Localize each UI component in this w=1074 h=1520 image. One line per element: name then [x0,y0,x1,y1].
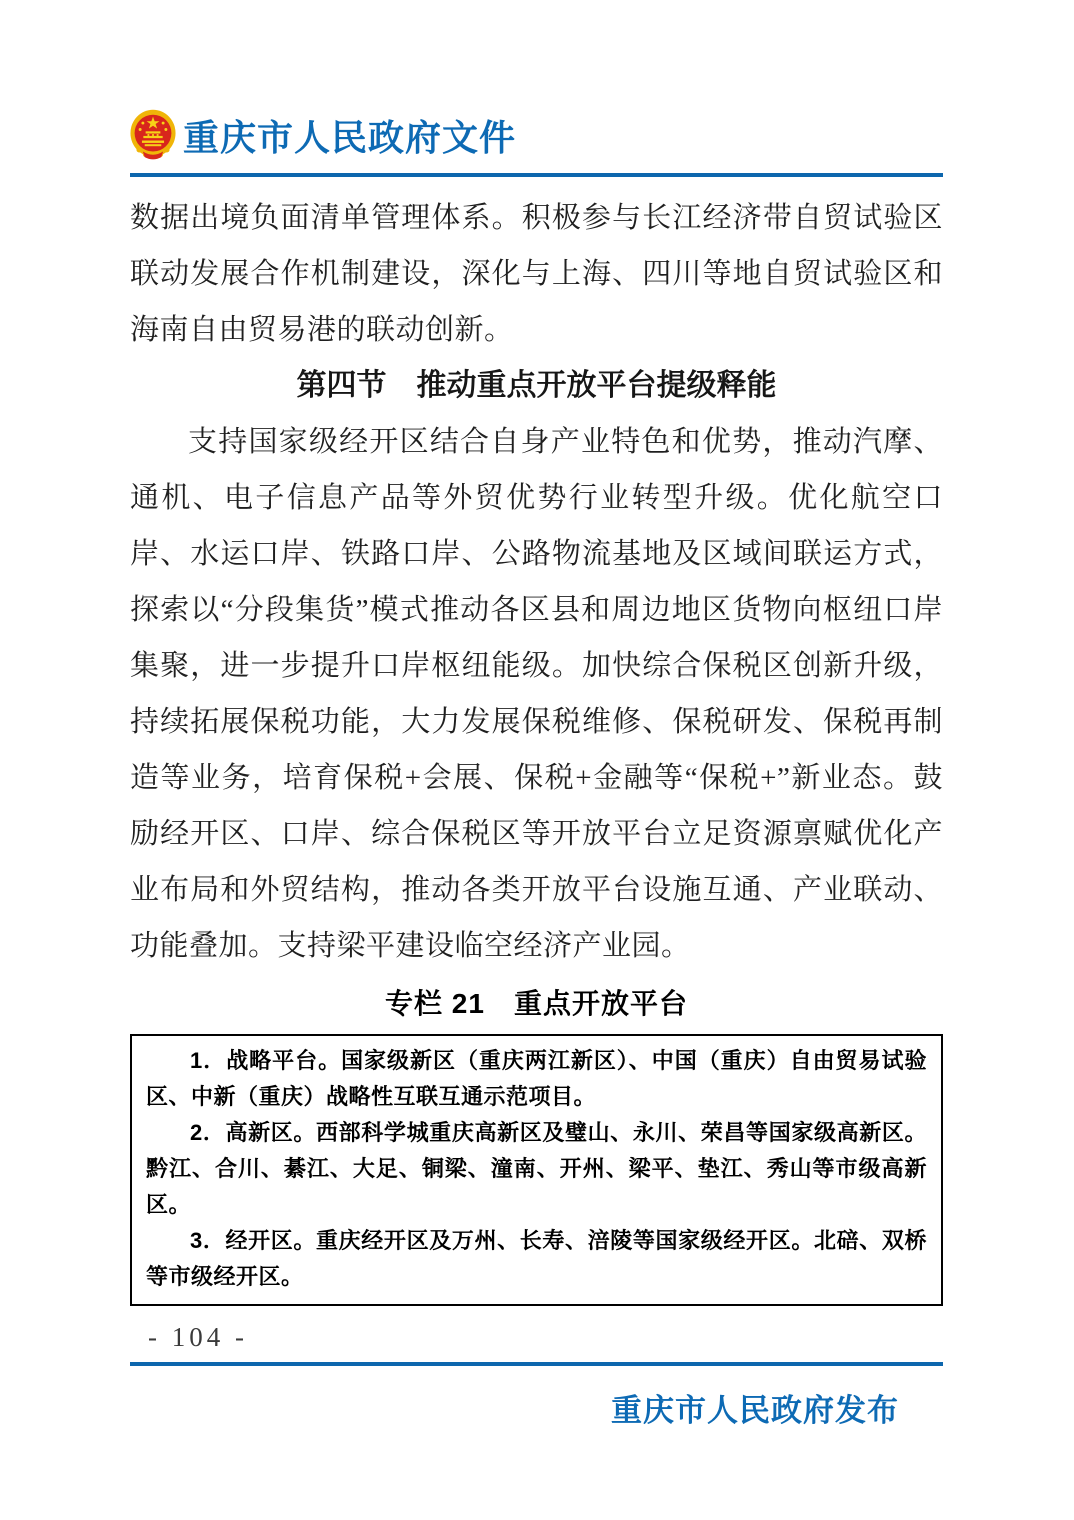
document-header: 重庆市人民政府文件 [130,106,943,164]
column-box-item-3: 3．经开区。重庆经开区及万州、长寿、涪陵等国家级经开区。北碚、双桥等市级经开区。 [146,1223,927,1295]
national-emblem-icon [130,109,176,161]
header-divider [130,173,943,177]
document-footer: 重庆市人民政府发布 [130,1385,943,1430]
document-body: 数据出境负面清单管理体系。积极参与长江经济带自贸试验区联动发展合作机制建设，深化… [130,190,943,1353]
column-box-heading: 专栏 21 重点开放平台 [130,982,943,1022]
column-box-item-2: 2．高新区。西部科学城重庆高新区及璧山、永川、荣昌等国家级高新区。黔江、合川、綦… [146,1115,927,1223]
column-box: 1．战略平台。国家级新区（重庆两江新区）、中国（重庆）自由贸易试验区、中新（重庆… [130,1034,943,1306]
document-title: 重庆市人民政府文件 [183,110,516,161]
paragraph-main: 支持国家级经开区结合自身产业特色和优势，推动汽摩、通机、电子信息产品等外贸优势行… [130,414,943,974]
publisher-label: 重庆市人民政府发布 [130,1385,943,1430]
document-page: 重庆市人民政府文件 数据出境负面清单管理体系。积极参与长江经济带自贸试验区联动发… [0,0,1074,1520]
paragraph-continuation: 数据出境负面清单管理体系。积极参与长江经济带自贸试验区联动发展合作机制建设，深化… [130,190,943,358]
column-box-item-1: 1．战略平台。国家级新区（重庆两江新区）、中国（重庆）自由贸易试验区、中新（重庆… [146,1043,927,1115]
page-number: - 104 - [130,1322,943,1353]
section-heading: 第四节 推动重点开放平台提级释能 [130,358,943,414]
footer-divider [130,1362,943,1366]
